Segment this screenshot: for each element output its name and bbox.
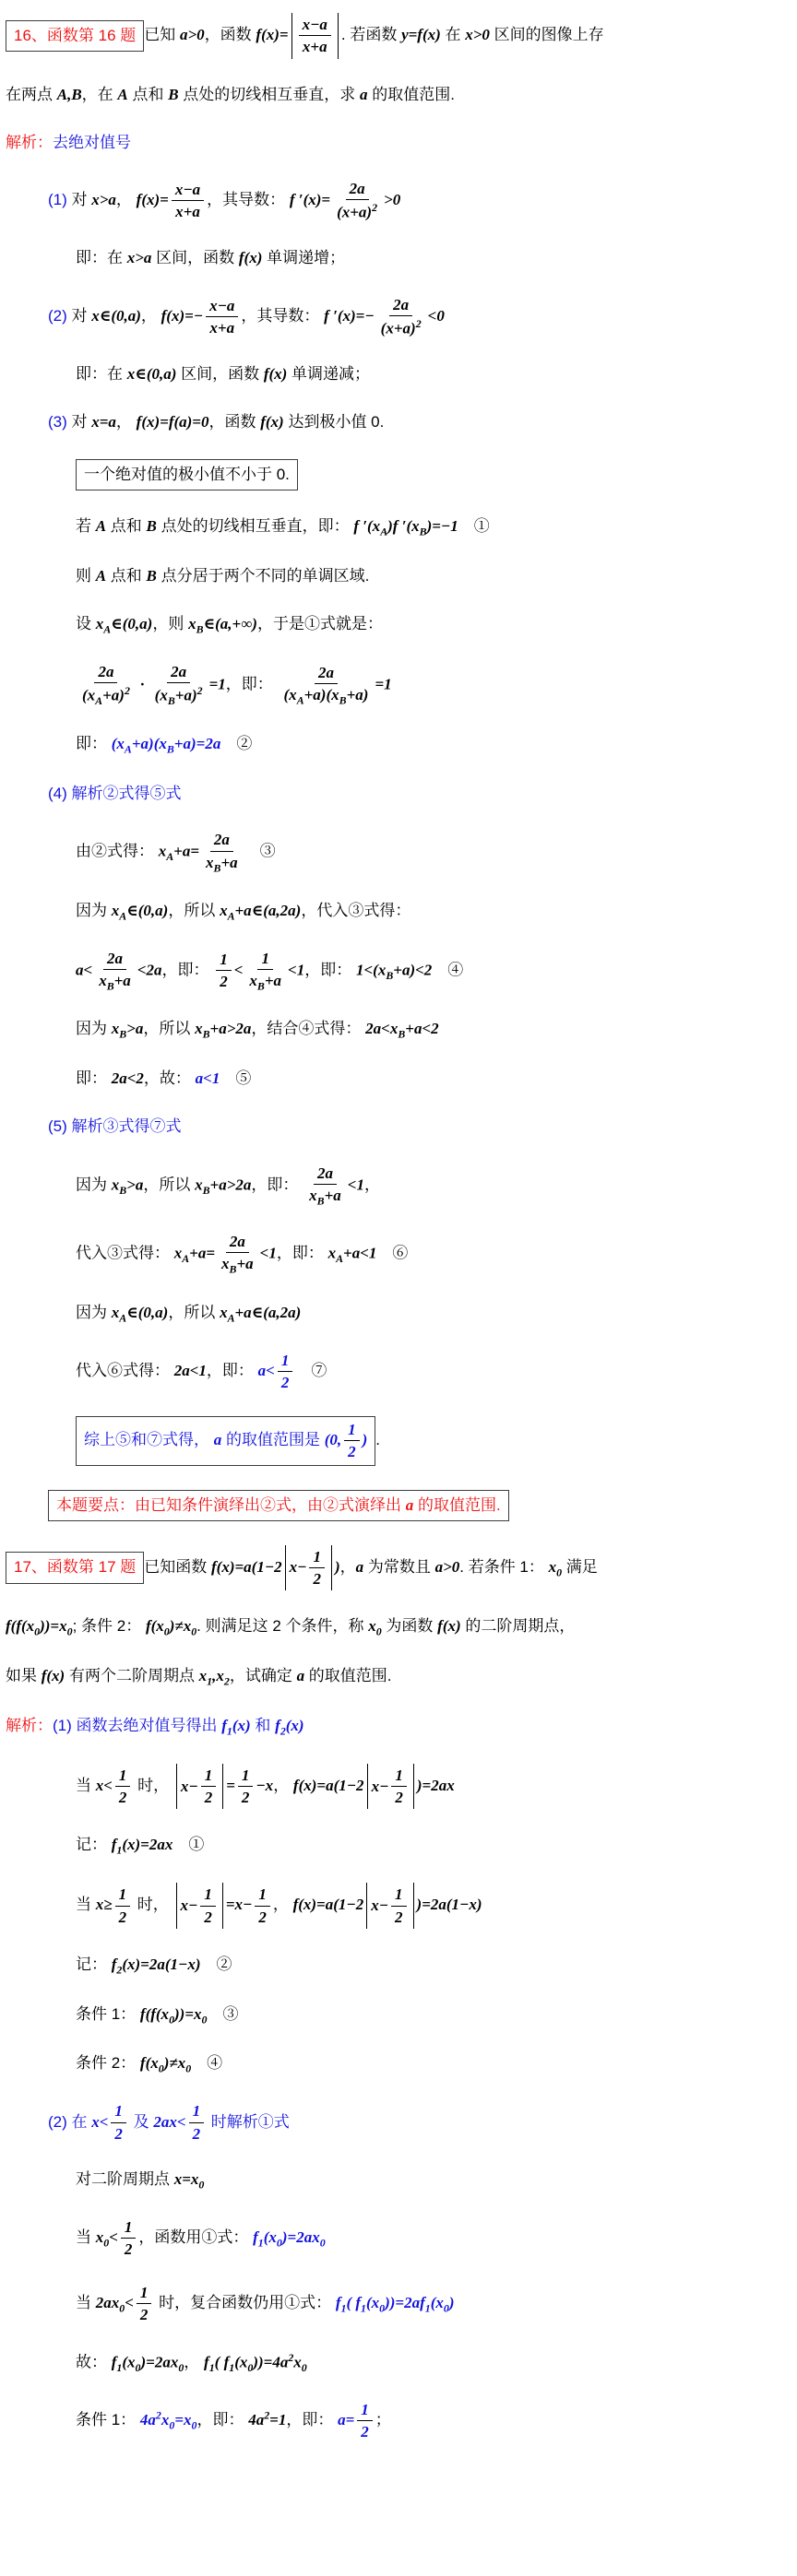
math-run: ))=2af: [385, 2294, 425, 2311]
text-run: 点和: [106, 567, 146, 585]
text-run: ，即：: [304, 961, 356, 978]
text-run: 因为: [76, 1020, 112, 1037]
text-run: 记：: [76, 1956, 112, 1973]
fraction-numerator: 2a: [314, 1164, 337, 1185]
math-run: =1: [375, 675, 391, 692]
math-run: x: [549, 1558, 557, 1576]
text-run: 有两个二阶周期点: [65, 1667, 198, 1684]
fraction: 12: [189, 2101, 205, 2144]
math-subscript: B: [168, 694, 175, 707]
math-run: 1: [205, 1767, 213, 1784]
fraction-denominator: 2: [200, 1907, 216, 1927]
fraction: 2a(xA+a)2: [78, 662, 134, 708]
fraction-denominator: 2: [189, 2123, 205, 2144]
fraction-numerator: 1: [216, 950, 232, 971]
math-run: +a<1: [343, 1245, 376, 1262]
math-run: <1: [260, 1245, 277, 1262]
p17-f1-compose: 当 2ax0<12 时，复合函数仍用①式： f1( f1(x0))=2af1(x…: [76, 2283, 791, 2325]
fraction-denominator: x+a: [299, 36, 331, 56]
text-run: ，即：: [277, 1245, 328, 1262]
text-run: ，即：: [207, 1362, 258, 1379]
math-run: ))=4a: [253, 2353, 288, 2370]
math-run: A: [96, 517, 106, 535]
math-run: (x: [284, 686, 297, 703]
boxed-text: 综上⑤和⑦式得， a 的取值范围是 (0,12): [76, 1416, 375, 1466]
fraction-numerator: 2a: [94, 662, 117, 683]
math-run: <2a: [137, 961, 162, 978]
text-run: ①: [172, 1836, 204, 1853]
fraction-denominator: x+a: [206, 317, 238, 337]
text-run: (1) 函数去绝对值号得出: [53, 1717, 221, 1734]
p17-cond2: 条件 2： f(x0)≠x0 ④: [76, 2051, 791, 2077]
math-run: 2: [193, 2125, 201, 2143]
text-run: ⑤: [220, 1069, 251, 1087]
math-run: +a: [265, 972, 281, 989]
fraction-numerator: 1: [121, 2217, 137, 2239]
text-run: 条件 1：: [76, 2005, 140, 2023]
fraction-denominator: 2: [309, 1568, 325, 1589]
math-run: 2: [313, 1570, 321, 1588]
fraction-denominator: xB+a: [245, 970, 285, 993]
math-run: x: [249, 972, 257, 989]
text-run: ⑦: [295, 1362, 327, 1379]
math-run: 2: [205, 1789, 213, 1806]
math-run: +a)<2: [393, 961, 432, 978]
text-run: 即：: [76, 735, 112, 752]
math-run: 1: [204, 1885, 212, 1903]
math-run: 1<(x: [356, 961, 386, 978]
fraction: 12: [238, 1766, 254, 1808]
text-run: 满足: [562, 1558, 598, 1576]
math-run: x: [112, 1020, 120, 1037]
fraction-numerator: 1: [391, 1766, 407, 1787]
text-run: ，试确定: [230, 1667, 297, 1684]
blue-text-run: 去绝对值号: [53, 134, 131, 151]
math-subscript: B: [203, 1184, 210, 1197]
math-run: =1: [269, 2411, 286, 2428]
math-subscript: B: [196, 622, 204, 635]
math-run: x: [368, 1617, 376, 1635]
text-run: 代入⑥式得：: [76, 1362, 174, 1379]
text-run: (1): [48, 191, 72, 208]
text-run: ，其导数：: [241, 307, 324, 325]
math-run: +a: [325, 1187, 341, 1204]
math-run: a>0: [435, 1558, 460, 1576]
text-run: ，: [116, 191, 137, 208]
fraction-numerator: 1: [115, 1766, 131, 1787]
blue-text-run: (2) 在 x<12 及 2ax<12 时解析①式: [48, 2113, 290, 2131]
text-run: 区间，函数: [151, 249, 238, 266]
math-run: 2: [125, 2240, 133, 2258]
blue-text-run: (4) 解析②式得⑤式: [48, 785, 182, 802]
p16-eq7: 代入⑥式得： 2a<1，即： a<12 ⑦: [76, 1351, 791, 1393]
p16-eq-product: 2a(xA+a)2 · 2a(xB+a)2=1，即： 2a(xA+a)(xB+a…: [76, 662, 791, 708]
fraction-denominator: 2: [115, 1787, 131, 1807]
text-run: ③: [244, 843, 276, 860]
math-run: (x: [431, 2294, 444, 2311]
text-run: ; 条件 2：: [73, 1617, 146, 1635]
math-subscript: 0: [198, 2178, 204, 2191]
text-run: .: [375, 1431, 380, 1448]
p17-cond1: 条件 1： f(f(x0))=x0 ③: [76, 2003, 791, 2028]
p16-step2: (2) 对 x∈(0,a)， f(x)=−x−ax+a，其导数： f ′(x)=…: [48, 295, 791, 338]
text-run: (3): [48, 413, 72, 431]
math-run: 2a: [317, 1164, 333, 1182]
text-run: ，则: [152, 615, 188, 632]
math-run: f(x): [239, 249, 262, 266]
math-run: ( f: [215, 2353, 230, 2370]
text-run: 时，复合函数仍用①式：: [154, 2294, 335, 2311]
math-run: 2a: [393, 296, 409, 313]
math-run: +a>2a: [210, 1020, 252, 1037]
math-run: ·: [137, 675, 149, 692]
math-run: 1: [395, 1767, 403, 1784]
math-run: )=−1: [427, 517, 458, 535]
math-run: x: [195, 1176, 203, 1193]
math-run: x>0: [465, 26, 490, 43]
text-run: ②: [201, 1956, 232, 1973]
text-run: 对: [72, 413, 92, 431]
math-run: (x: [366, 2294, 379, 2311]
boxed-text: 本题要点：由已知条件演绎出②式，由②式演绎出 a 的取值范围.: [48, 1490, 509, 1521]
math-run: x: [96, 615, 104, 632]
p16-note-box: 一个绝对值的极小值不小于 0.: [76, 459, 791, 490]
math-run: B: [147, 567, 157, 585]
text-run: 点处的切线相互垂直，求: [179, 86, 360, 103]
math-run: +a): [175, 687, 197, 704]
math-run: 1: [125, 2218, 133, 2236]
fraction-numerator: 1: [189, 2101, 205, 2122]
fraction: 2axB+a: [95, 949, 135, 994]
text-run: ，: [184, 2353, 204, 2370]
text-run: ；: [375, 2411, 391, 2428]
text-run: ，: [273, 1777, 293, 1794]
text-run: 因为: [76, 1176, 112, 1193]
math-run: +a)(x: [304, 686, 339, 703]
text-run: ④: [432, 961, 463, 978]
fraction-denominator: 2: [201, 1787, 217, 1807]
boxed-text: 17、函数第 17 题: [6, 1552, 144, 1583]
text-run: (2) 在: [48, 2113, 91, 2131]
math-run: x+a: [303, 38, 327, 55]
math-run: f ′(x)=−: [324, 307, 375, 325]
p17-f1-apply: 当 x0<12，函数用①式： f1(x0)=2ax0: [76, 2217, 791, 2260]
math-run: f(x)=a(1−2: [211, 1558, 282, 1576]
text-run: ①: [458, 517, 490, 535]
p16-substitute: 因为 xA∈(0,a)，所以 xA+a∈(a,2a)，代入③式得：: [76, 899, 791, 925]
text-run: 条件 1：: [76, 2411, 140, 2428]
p17-periodic-point: 对二阶周期点 x=x0: [76, 2168, 791, 2193]
math-run: ∈(0,a): [126, 902, 168, 919]
p16-step5-header: (5) 解析③式得⑦式: [48, 1115, 791, 1139]
math-run: x=a: [91, 413, 116, 431]
fraction-denominator: 2: [111, 2123, 126, 2144]
blue-text-run: a<12: [258, 1362, 296, 1379]
blue-text-run: (3): [48, 413, 72, 431]
math-run: ( f: [346, 2294, 361, 2311]
text-run: 16、函数第 16 题: [14, 27, 136, 44]
math-run: 2a: [230, 1233, 245, 1250]
text-run: ，: [364, 1176, 380, 1193]
p16-eq5: 即： 2a<2，故： a<1 ⑤: [76, 1067, 791, 1091]
text-run: ，: [116, 413, 137, 431]
math-run: a: [214, 1431, 222, 1448]
fraction-numerator: 1: [201, 1766, 217, 1787]
absolute-value: x−12: [366, 1883, 413, 1929]
text-run: ，所以: [143, 1020, 195, 1037]
text-run: 单调递增；: [262, 249, 345, 266]
math-run: 1: [119, 1885, 127, 1903]
math-run: a: [356, 1558, 364, 1576]
fraction-numerator: 1: [344, 1420, 360, 1441]
math-run: 4a: [140, 2411, 156, 2428]
math-run: x>a: [127, 249, 152, 266]
fraction: 12: [357, 2400, 373, 2442]
math-run: +a)(x: [132, 735, 167, 752]
text-run: 及: [129, 2113, 153, 2131]
text-run: 已知函数: [144, 1558, 211, 1576]
p17-statement-1: 17、函数第 17 题已知函数 f(x)=a(1−2x−12)，a 为常数且 a…: [6, 1545, 791, 1591]
p16-conclusion-box: 综上⑤和⑦式得， a 的取值范围是 (0,12).: [76, 1416, 791, 1466]
math-run: (x): [286, 1717, 304, 1734]
fraction: 2a(x+a)2: [377, 295, 425, 338]
math-run: f(x): [42, 1667, 65, 1684]
text-run: 即：在: [76, 365, 127, 383]
math-run: 2a<1: [174, 1362, 207, 1379]
math-run: 2a: [98, 663, 113, 680]
fraction-denominator: (x+a)2: [333, 200, 381, 222]
math-run: (x: [122, 2353, 135, 2370]
math-run: f ′(x)=: [290, 191, 330, 208]
math-run: ))=x: [40, 1617, 67, 1635]
fraction: 12: [115, 1885, 131, 1927]
math-subscript: B: [107, 979, 114, 992]
math-superscript: 2: [372, 201, 377, 214]
p16-combine4: 因为 xB>a，所以 xB+a>2a，结合④式得： 2a<xB+a<2: [76, 1017, 791, 1043]
p17-step2-header: (2) 在 x<12 及 2ax<12 时解析①式: [48, 2101, 791, 2144]
math-subscript: A: [103, 622, 111, 635]
math-run: a<1: [196, 1069, 220, 1087]
math-subscript: A: [182, 1252, 189, 1265]
fraction: 12: [201, 1766, 217, 1808]
text-run: 解析：: [6, 134, 53, 151]
text-run: 代入③式得：: [76, 1245, 174, 1262]
math-subscript: B: [339, 693, 347, 706]
text-run: 点分居于两个不同的单调区域.: [157, 567, 369, 585]
text-run: ，所以: [168, 1304, 220, 1321]
math-run: B: [168, 86, 178, 103]
math-run: f(x)=: [256, 26, 288, 43]
math-run: A,B: [57, 86, 82, 103]
text-run: ③: [207, 2005, 238, 2023]
math-run: 1: [114, 2102, 123, 2120]
text-run: ，即：: [226, 675, 278, 692]
fraction: 2a(xB+a)2: [151, 662, 207, 708]
red-text-run: 17、函数第 17 题: [14, 1558, 136, 1576]
text-run: 区间，函数: [176, 365, 263, 383]
fraction: 12: [115, 1766, 131, 1808]
p16-eq6: 代入③式得： xA+a=2axB+a<1，即： xA+a<1 ⑥: [76, 1232, 791, 1277]
math-run: ))=x: [174, 2005, 202, 2023]
fraction: 12: [309, 1547, 325, 1589]
fraction-numerator: 2a: [315, 663, 338, 684]
math-run: 2: [348, 1443, 356, 1460]
fraction-denominator: 2: [255, 1907, 270, 1927]
fraction-numerator: 1: [238, 1766, 254, 1787]
blue-text-run: 综上⑤和⑦式得， a 的取值范围是 (0,12): [84, 1431, 367, 1448]
fraction: 12: [278, 1351, 293, 1393]
fraction-denominator: 2: [115, 1907, 131, 1927]
math-run: +a=: [189, 1245, 215, 1262]
text-run: 当: [76, 1897, 96, 1914]
math-run: x: [221, 1255, 230, 1272]
text-run: ②: [220, 735, 252, 752]
fraction-denominator: 2: [216, 971, 232, 991]
math-run: 2: [281, 1374, 290, 1391]
red-text-run: 解析：: [6, 134, 53, 151]
math-run: 1: [119, 1767, 127, 1784]
math-subscript: A: [297, 693, 304, 706]
fraction-numerator: 1: [391, 1885, 407, 1906]
fraction: x−ax+a: [172, 180, 204, 222]
text-run: 17、函数第 17 题: [14, 1558, 136, 1576]
p16-keypoint-box: 本题要点：由已知条件演绎出②式，由②式演绎出 a 的取值范围.: [48, 1490, 791, 1521]
blue-text-run: (2): [48, 307, 72, 325]
math-run: ,x: [212, 1667, 224, 1684]
p16-perpendicular-condition: 若 A 点和 B 点处的切线相互垂直，即： f ′(xA)f ′(xB)=−1 …: [76, 514, 791, 540]
math-run: 1: [220, 951, 228, 968]
math-run: a: [406, 1496, 414, 1514]
math-run: A: [96, 567, 106, 585]
math-subscript: A: [119, 1311, 126, 1324]
math-run: B: [147, 517, 157, 535]
math-run: x∈(0,a): [91, 307, 141, 325]
p17-case1: 当 x<12 时， x−12=12−x， f(x)=a(1−2x−12)=2ax: [76, 1764, 791, 1810]
text-run: 为函数: [382, 1617, 437, 1635]
math-run: x: [199, 1667, 208, 1684]
math-subscript: B: [119, 1184, 126, 1197]
fraction-numerator: 2a: [210, 830, 233, 851]
blue-text-run: a=12: [338, 2411, 375, 2428]
math-run: x: [309, 1187, 317, 1204]
text-run: ，所以: [168, 902, 220, 919]
text-run: ，: [340, 1558, 356, 1576]
text-run: 的二阶周期点，: [461, 1617, 576, 1635]
math-run: >a: [126, 1020, 143, 1037]
text-run: 即：: [76, 1069, 112, 1087]
math-run: x−: [372, 1775, 389, 1799]
fraction: 12: [255, 1885, 270, 1927]
math-run: 2: [395, 1908, 403, 1926]
math-run: <: [234, 961, 244, 978]
fraction: 12: [391, 1766, 407, 1808]
text-run: ，其导数：: [207, 191, 290, 208]
absolute-value: x−ax+a: [291, 13, 339, 59]
p16-domain: 因为 xA∈(0,a)，所以 xA+a∈(a,2a): [76, 1301, 791, 1327]
math-run: (x+a): [381, 320, 416, 337]
math-run: (0,: [325, 1431, 341, 1448]
math-subscript: B: [203, 1028, 210, 1041]
math-subscript: B: [317, 1194, 325, 1207]
math-run: f(x): [264, 365, 287, 383]
blue-text-run: f1(x0)=2ax0: [253, 2228, 326, 2246]
math-run: +a=: [173, 843, 199, 860]
text-run: ，结合④式得：: [251, 1020, 365, 1037]
p17-eq1: 记： f1(x)=2ax ①: [76, 1833, 791, 1859]
p16-bound: 因为 xB>a，所以 xB+a>2a，即： 2axB+a<1，: [76, 1164, 791, 1209]
math-run: 1: [361, 2401, 369, 2418]
math-superscript: 2: [197, 684, 203, 697]
math-run: 2: [258, 1908, 267, 1926]
fraction-numerator: x−a: [172, 180, 204, 201]
math-run: 1: [348, 1421, 356, 1438]
text-run: 由②式得：: [76, 843, 159, 860]
math-run: 2ax: [96, 2294, 120, 2311]
math-run: 2: [395, 1789, 403, 1806]
math-run: f(x): [260, 413, 283, 431]
text-run: ，: [141, 307, 161, 325]
math-run: >a: [126, 1176, 143, 1193]
text-run: 的取值范围.: [413, 1496, 500, 1514]
math-run: 2: [242, 1789, 250, 1806]
fraction-denominator: (x+a)2: [377, 316, 425, 338]
math-run: x: [159, 843, 167, 860]
fraction: 12: [137, 2283, 152, 2325]
text-run: 故：: [76, 2353, 112, 2370]
fraction-numerator: 2a: [226, 1232, 249, 1253]
math-run: (x: [155, 687, 168, 704]
math-run: a: [297, 1667, 305, 1684]
text-run: 对: [72, 307, 92, 325]
text-run: ，函数用①式：: [138, 2228, 253, 2246]
text-run: 点和: [128, 86, 168, 103]
math-run: f ′(x: [353, 517, 380, 535]
p16-step1: (1) 对 x>a， f(x)=x−ax+a，其导数： f ′(x)=2a(x+…: [48, 179, 791, 222]
math-run: 1: [261, 950, 269, 967]
blue-text-run: (1) 函数去绝对值号得出 f1(x) 和 f2(x): [53, 1717, 304, 1734]
fraction-numerator: 1: [357, 2400, 373, 2421]
fraction-denominator: 2: [238, 1787, 254, 1807]
text-run: . 若函数: [341, 26, 401, 43]
p16-analysis-header: 解析：去绝对值号: [6, 131, 791, 155]
fraction-numerator: x−a: [299, 15, 331, 36]
math-run: x−a: [175, 181, 200, 198]
math-run: x−: [181, 1775, 198, 1799]
blue-text-run: a<1: [196, 1069, 220, 1087]
fraction-denominator: x+a: [172, 201, 204, 221]
math-subscript: 0: [302, 2361, 307, 2374]
absolute-value: x−12: [285, 1545, 332, 1591]
math-run: (x): [232, 1717, 251, 1734]
math-run: x>a: [91, 191, 116, 208]
p16-step3: (3) 对 x=a， f(x)=f(a)=0，函数 f(x) 达到极小值 0.: [48, 410, 791, 434]
math-run: +a: [220, 854, 237, 871]
fraction-denominator: (xB+a)2: [151, 683, 207, 708]
math-run: +a): [347, 686, 369, 703]
text-run: ，在: [82, 86, 118, 103]
math-subscript: A: [125, 742, 132, 755]
text-run: 达到极小值 0.: [284, 413, 385, 431]
math-run: x−: [181, 1894, 198, 1918]
text-run: 在两点: [6, 86, 57, 103]
math-run: )=2ax: [417, 1777, 455, 1794]
p16-statement-1: 16、函数第 16 题已知 a>0，函数 f(x)=x−ax+a. 若函数 y=…: [6, 13, 791, 59]
math-run: a<: [76, 961, 92, 978]
math-run: )=2ax: [140, 2353, 178, 2370]
math-run: x: [188, 615, 196, 632]
text-run: 因为: [76, 1304, 112, 1321]
fraction: 12: [344, 1420, 360, 1462]
